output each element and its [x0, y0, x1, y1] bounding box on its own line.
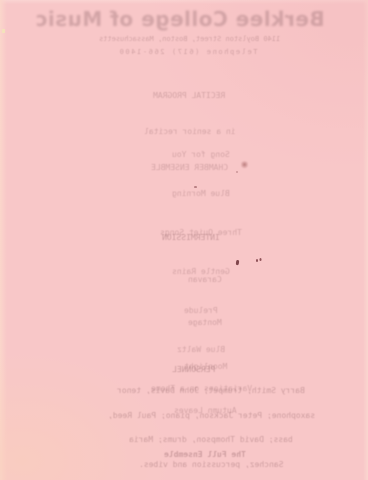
ink-speck — [241, 161, 248, 169]
bleed-text-line: saxophone; Peter Jackson, piano; Paul Re… — [8, 404, 368, 429]
bleed-text-line: Montage — [2, 302, 368, 346]
bleed-address-line-1: 1140 Boylston Street, Boston, Massachuse… — [6, 35, 368, 43]
bleed-text-line: Barry Smith, trumpet; John Davis, tenor — [8, 379, 368, 404]
bleed-text-line: bass; David Thompson, drums; Maria — [8, 428, 368, 453]
bleed-personnel-block: Barry Smith, trumpet; John Davis, tenor … — [8, 379, 368, 477]
bleed-text-line: Song for You — [0, 135, 366, 174]
bleed-logo-line: Berklee College of Music — [0, 7, 364, 31]
bleed-text-line: Blue Morning — [0, 174, 366, 213]
ink-speck — [194, 186, 197, 188]
bleed-text-line: Caravan — [2, 258, 368, 302]
bleed-text-line: RECITAL PROGRAM — [0, 78, 354, 114]
ink-speck — [236, 171, 238, 173]
program-sheet-back: Berklee College of Music 1140 Boylston S… — [0, 0, 368, 480]
ink-speck — [256, 259, 258, 262]
bleed-intermission-heading: INTERMISSION — [7, 233, 368, 242]
bleed-address-line-2: Telephone (617) 266-1400 — [4, 48, 368, 56]
bleed-text-line: Sanchez, percussion and vibes. — [8, 453, 368, 478]
bleed-logo-text: Berklee College of Music — [35, 7, 325, 31]
paper-fleck — [2, 29, 5, 33]
bleed-personnel-heading: PERSONNEL — [10, 365, 368, 374]
